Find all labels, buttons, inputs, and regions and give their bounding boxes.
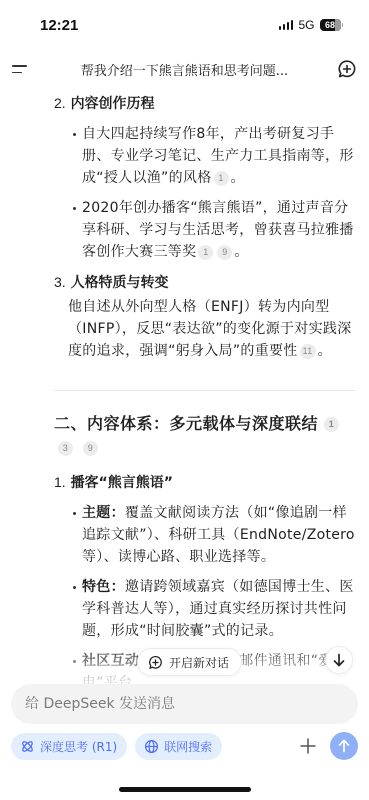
section-divider: [54, 390, 355, 391]
section-heading: 二、内容体系：多元载体与深度联结1 39: [54, 411, 355, 457]
web-search-label: 联网搜索: [164, 738, 212, 755]
arrow-up-icon: [337, 739, 351, 753]
citation-badge[interactable]: 1: [198, 245, 213, 260]
new-chat-button[interactable]: [335, 57, 359, 81]
plus-icon: [299, 737, 317, 755]
scroll-to-bottom-button[interactable]: [325, 646, 353, 674]
new-chat-icon: [148, 655, 163, 670]
network-type: 5G: [298, 18, 314, 32]
attach-button[interactable]: [296, 734, 320, 758]
message-input-container: [11, 684, 358, 724]
assistant-message: 2. 内容创作历程 自大四起持续写作8年，产出考研复习手册、专业学习笔记、生产力…: [0, 88, 369, 684]
web-search-toggle[interactable]: 联网搜索: [135, 733, 222, 760]
list-item: 2020年创办播客“熊言熊语”，通过声音分享科研、学习与生活思考，曾获喜马拉雅播…: [54, 197, 355, 263]
list-item: 特色：邀请跨领域嘉宾（如德国博士生、医学科普达人等），通过真实经历探讨共性问题，…: [54, 576, 355, 642]
deep-think-toggle[interactable]: 深度思考 (R1): [11, 733, 127, 760]
atom-icon: [20, 739, 35, 754]
citation-badge[interactable]: 9: [83, 441, 98, 456]
input-toolbar: 深度思考 (R1) 联网搜索: [11, 732, 358, 760]
citation-badge[interactable]: 1: [214, 171, 229, 186]
battery-icon: 68: [320, 19, 344, 31]
start-new-chat-button[interactable]: 开启新对话: [137, 648, 242, 676]
menu-icon: [12, 65, 27, 67]
list-heading: 1. 播客“熊言熊语”: [54, 471, 355, 494]
paragraph: 他自述从外向型人格（ENFJ）转为内向型（INFP），反思“表达欲”的变化源于对…: [54, 296, 355, 362]
new-chat-icon: [337, 59, 357, 79]
message-input[interactable]: [25, 696, 344, 712]
citation-badge[interactable]: 3: [58, 441, 73, 456]
arrow-down-icon: [332, 653, 346, 667]
status-bar: 12:21 5G 68: [0, 0, 369, 44]
list-heading: 2. 内容创作历程: [54, 92, 355, 115]
list-heading: 3. 人格特质与转变: [54, 271, 355, 294]
citation-badge[interactable]: 9: [217, 245, 232, 260]
citation-badge[interactable]: 1: [324, 417, 339, 432]
signal-icon: [279, 20, 294, 30]
status-time: 12:21: [40, 17, 78, 34]
send-button[interactable]: [330, 732, 358, 760]
list-item: 自大四起持续写作8年，产出考研复习手册、专业学习笔记、生产力工具指南等，形成“授…: [54, 123, 355, 189]
citation-badge[interactable]: 11: [300, 344, 316, 359]
sidebar-menu-button[interactable]: [12, 58, 34, 80]
globe-icon: [144, 739, 159, 754]
app-screen: 12:21 5G 68 帮我介绍一下熊言熊语和思考问题... 2.: [0, 0, 369, 800]
home-indicator[interactable]: [119, 787, 251, 792]
status-indicators: 5G 68: [279, 18, 343, 32]
chat-header: 帮我介绍一下熊言熊语和思考问题...: [0, 50, 369, 88]
battery-level: 68: [325, 20, 335, 30]
deep-think-label: 深度思考 (R1): [40, 738, 117, 755]
list-item: 主题：覆盖文献阅读方法（如“像追剧一样追踪文献”）、科研工具（EndNote/Z…: [54, 502, 355, 568]
chat-title: 帮我介绍一下熊言熊语和思考问题...: [34, 60, 335, 79]
start-new-chat-label: 开启新对话: [169, 654, 229, 671]
